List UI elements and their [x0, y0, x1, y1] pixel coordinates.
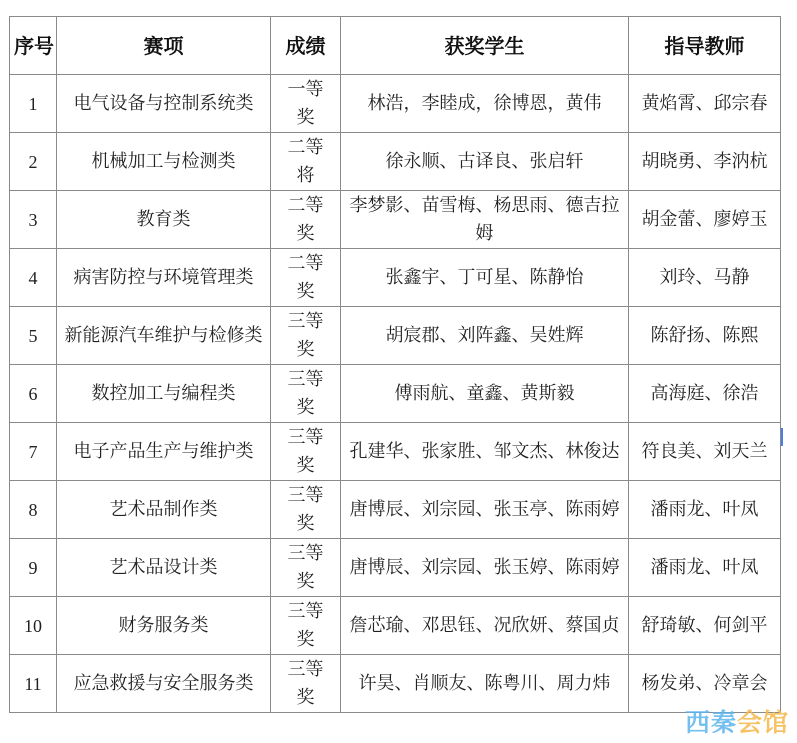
header-index: 序号: [10, 17, 57, 75]
cell-result: 三等奖: [271, 365, 341, 423]
cell-event: 病害防控与环境管理类: [57, 249, 271, 307]
cell-index: 5: [10, 307, 57, 365]
cell-teachers: 符良美、刘天兰: [629, 423, 781, 481]
table-row: 7 电子产品生产与维护类 三等奖 孔建华、张家胜、邹文杰、林俊达 符良美、刘天兰: [10, 423, 781, 481]
cell-result: 三等奖: [271, 539, 341, 597]
table-row: 6 数控加工与编程类 三等奖 傅雨航、童鑫、黄斯毅 高海庭、徐浩: [10, 365, 781, 423]
cell-result: 二等将: [271, 133, 341, 191]
table-row: 2 机械加工与检测类 二等将 徐永顺、古译良、张启轩 胡晓勇、李汭杭: [10, 133, 781, 191]
cell-result: 三等奖: [271, 597, 341, 655]
table-row: 9 艺术品设计类 三等奖 唐博辰、刘宗园、张玉婷、陈雨婷 潘雨龙、叶凤: [10, 539, 781, 597]
header-result: 成绩: [271, 17, 341, 75]
cell-teachers: 潘雨龙、叶凤: [629, 481, 781, 539]
cell-teachers: 刘玲、马静: [629, 249, 781, 307]
table-row: 1 电气设备与控制系统类 一等奖 林浩，李睦成，徐博恩，黄伟 黄焰霄、邱宗春: [10, 75, 781, 133]
cell-index: 1: [10, 75, 57, 133]
cell-students: 徐永顺、古译良、张启轩: [341, 133, 629, 191]
cell-event: 数控加工与编程类: [57, 365, 271, 423]
cell-event: 新能源汽车维护与检修类: [57, 307, 271, 365]
cell-teachers: 高海庭、徐浩: [629, 365, 781, 423]
cell-result: 三等奖: [271, 655, 341, 713]
cell-students: 许昊、肖顺友、陈粤川、周力炜: [341, 655, 629, 713]
cell-event: 财务服务类: [57, 597, 271, 655]
table-row: 10 财务服务类 三等奖 詹芯瑜、邓思钰、况欣妍、蔡国贞 舒琦敏、何剑平: [10, 597, 781, 655]
cell-students: 张鑫宇、丁可星、陈静怡: [341, 249, 629, 307]
table-row: 8 艺术品制作类 三等奖 唐博辰、刘宗园、张玉亭、陈雨婷 潘雨龙、叶凤: [10, 481, 781, 539]
cell-students: 唐博辰、刘宗园、张玉婷、陈雨婷: [341, 539, 629, 597]
cell-event: 机械加工与检测类: [57, 133, 271, 191]
cell-teachers: 黄焰霄、邱宗春: [629, 75, 781, 133]
cell-event: 电子产品生产与维护类: [57, 423, 271, 481]
watermark-logo: 西秦会馆: [685, 703, 789, 739]
text-cursor-marker: [781, 428, 783, 446]
cell-students: 孔建华、张家胜、邹文杰、林俊达: [341, 423, 629, 481]
cell-teachers: 胡金蕾、廖婷玉: [629, 191, 781, 249]
cell-students: 李梦影、苗雪梅、杨思雨、德吉拉姆: [341, 191, 629, 249]
watermark-part2: 会馆: [737, 708, 789, 737]
cell-index: 3: [10, 191, 57, 249]
header-teachers: 指导教师: [629, 17, 781, 75]
watermark-part1: 西秦: [685, 708, 737, 737]
cell-students: 唐博辰、刘宗园、张玉亭、陈雨婷: [341, 481, 629, 539]
table-row: 5 新能源汽车维护与检修类 三等奖 胡宸郡、刘阵鑫、吴姓辉 陈舒扬、陈熙: [10, 307, 781, 365]
cell-index: 4: [10, 249, 57, 307]
cell-result: 三等奖: [271, 307, 341, 365]
cell-result: 二等奖: [271, 191, 341, 249]
cell-event: 艺术品制作类: [57, 481, 271, 539]
cell-result: 一等奖: [271, 75, 341, 133]
table-header-row: 序号 赛项 成绩 获奖学生 指导教师: [10, 17, 781, 75]
cell-teachers: 舒琦敏、何剑平: [629, 597, 781, 655]
cell-index: 11: [10, 655, 57, 713]
cell-index: 7: [10, 423, 57, 481]
cell-index: 6: [10, 365, 57, 423]
cell-event: 教育类: [57, 191, 271, 249]
header-event: 赛项: [57, 17, 271, 75]
cell-index: 10: [10, 597, 57, 655]
cell-event: 应急救援与安全服务类: [57, 655, 271, 713]
cell-result: 二等奖: [271, 249, 341, 307]
cell-students: 胡宸郡、刘阵鑫、吴姓辉: [341, 307, 629, 365]
cell-index: 8: [10, 481, 57, 539]
cell-result: 三等奖: [271, 481, 341, 539]
cell-students: 林浩，李睦成，徐博恩，黄伟: [341, 75, 629, 133]
cell-teachers: 陈舒扬、陈熙: [629, 307, 781, 365]
table-row: 11 应急救援与安全服务类 三等奖 许昊、肖顺友、陈粤川、周力炜 杨发弟、冷章会: [10, 655, 781, 713]
awards-table: 序号 赛项 成绩 获奖学生 指导教师 1 电气设备与控制系统类 一等奖 林浩，李…: [9, 16, 781, 713]
cell-result: 三等奖: [271, 423, 341, 481]
cell-students: 傅雨航、童鑫、黄斯毅: [341, 365, 629, 423]
header-students: 获奖学生: [341, 17, 629, 75]
cell-teachers: 潘雨龙、叶凤: [629, 539, 781, 597]
table-row: 3 教育类 二等奖 李梦影、苗雪梅、杨思雨、德吉拉姆 胡金蕾、廖婷玉: [10, 191, 781, 249]
table-row: 4 病害防控与环境管理类 二等奖 张鑫宇、丁可星、陈静怡 刘玲、马静: [10, 249, 781, 307]
cell-index: 9: [10, 539, 57, 597]
cell-event: 电气设备与控制系统类: [57, 75, 271, 133]
cell-teachers: 胡晓勇、李汭杭: [629, 133, 781, 191]
cell-index: 2: [10, 133, 57, 191]
cell-students: 詹芯瑜、邓思钰、况欣妍、蔡国贞: [341, 597, 629, 655]
cell-event: 艺术品设计类: [57, 539, 271, 597]
